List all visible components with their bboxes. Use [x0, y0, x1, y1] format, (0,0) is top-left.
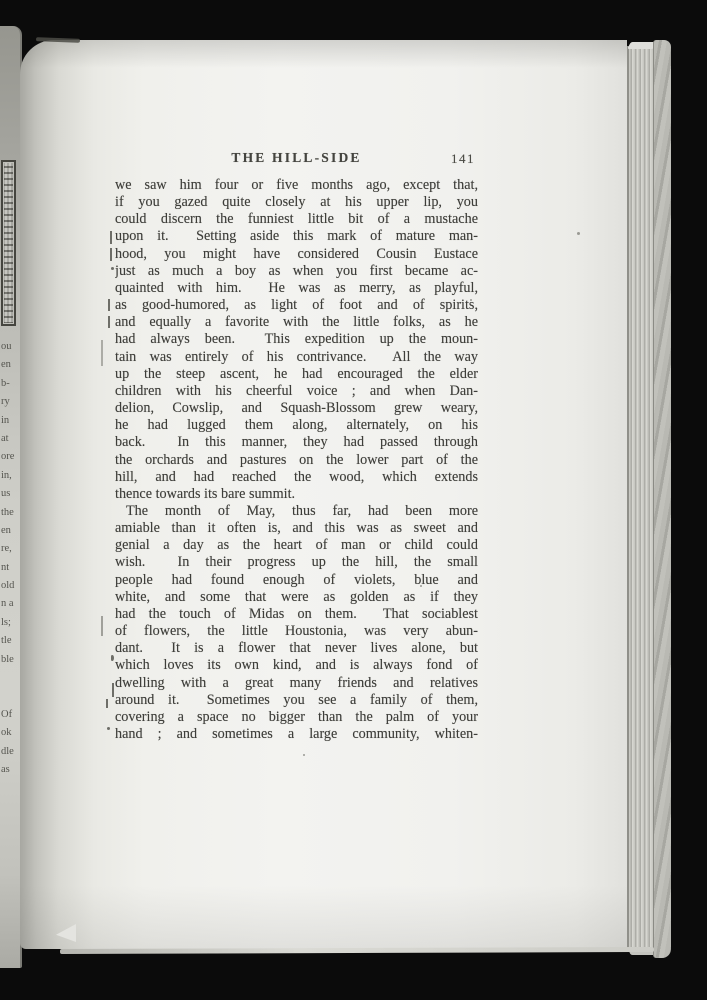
text-line: amiable than it often is, and this was a… [115, 520, 478, 537]
page-number: 141 [451, 151, 475, 167]
text-line: covering a space no bigger than the palm… [115, 709, 478, 726]
text-line: and equally a favorite with the little f… [115, 314, 478, 331]
facing-page-edge: ouenb-ryinatorein,ustheenre,ntoldn als;t… [0, 26, 22, 968]
facing-line-fragment: old [0, 577, 19, 595]
scan-artifact [101, 616, 103, 636]
scan-artifact [107, 727, 110, 730]
scan-artifact [111, 267, 114, 270]
text-line: could discern the funniest little bit of… [115, 211, 478, 228]
facing-line-fragment [0, 669, 19, 687]
text-line: white, and some that were as golden as i… [115, 589, 478, 606]
text-line: had the touch of Midas on them. That soc… [115, 606, 478, 623]
facing-line-fragment: ore [0, 448, 19, 466]
text-line: which loves its own kind, and is always … [115, 657, 478, 674]
scan-speck [470, 299, 472, 301]
scan-artifact [108, 299, 110, 311]
facing-line-fragment: the [0, 504, 19, 522]
facing-line-fragment: dle [0, 743, 19, 761]
page-header: THE HILL-SIDE 141 [115, 150, 478, 177]
facing-page-ornament-border [1, 160, 16, 326]
facing-line-fragment: tle [0, 632, 19, 650]
text-line: just as much a boy as when you first bec… [115, 263, 478, 280]
fore-edge-page-stack [627, 46, 655, 950]
text-line: hood, you might have considered Cousin E… [115, 246, 478, 263]
facing-line-fragment: ok [0, 724, 19, 742]
facing-line-fragment: ou [0, 338, 19, 356]
text-line: wish. In their progress up the hill, the… [115, 554, 478, 571]
scan-speck [303, 754, 305, 756]
text-line: as good-humored, as light of foot and of… [115, 297, 478, 314]
text-line: delion, Cowslip, and Squash-Blossom grew… [115, 400, 478, 417]
text-line: people had found enough of violets, blue… [115, 572, 478, 589]
paragraph-1: we saw him four or five months ago, exce… [115, 177, 478, 503]
text-line: children with his cheerful voice ; and w… [115, 383, 478, 400]
text-line: hill, and had reached the wood, which ex… [115, 469, 478, 486]
text-line: we saw him four or five months ago, exce… [115, 177, 478, 194]
facing-page-text-fragments: ouenb-ryinatorein,ustheenre,ntoldn als;t… [0, 338, 19, 779]
text-line: if you gazed quite closely at his upper … [115, 194, 478, 211]
facing-line-fragment: in [0, 412, 19, 430]
paragraph-2: The month of May, thus far, had been mor… [115, 503, 478, 743]
facing-line-fragment: en [0, 522, 19, 540]
scan-artifact [106, 699, 108, 708]
facing-line-fragment: as [0, 761, 19, 779]
facing-line-fragment: b- [0, 375, 19, 393]
text-line: had always been. This expedition up the … [115, 331, 478, 348]
facing-line-fragment: us [0, 485, 19, 503]
facing-line-fragment: en [0, 356, 19, 374]
scan-artifact [101, 340, 103, 366]
page-content: THE HILL-SIDE 141 we saw him four or fiv… [115, 150, 478, 743]
facing-line-fragment: ls; [0, 614, 19, 632]
scan-artifact [112, 683, 114, 697]
text-line: the orchards and pastures on the lower p… [115, 452, 478, 469]
text-line: quainted with him. He was as merry, as p… [115, 280, 478, 297]
facing-line-fragment: n a [0, 595, 19, 613]
scan-artifact [110, 231, 112, 244]
text-line: tain was entirely of his contrivance. Al… [115, 349, 478, 366]
facing-line-fragment: ry [0, 393, 19, 411]
text-line: of flowers, the little Houstonia, was ve… [115, 623, 478, 640]
text-line: dwelling with a great many friends and r… [115, 675, 478, 692]
scan-artifact [108, 316, 110, 328]
book-scan-photo: ouenb-ryinatorein,ustheenre,ntoldn als;t… [0, 0, 707, 1000]
facing-line-fragment: in, [0, 467, 19, 485]
text-line: hand ; and sometimes a large community, … [115, 726, 478, 743]
facing-line-fragment: Of [0, 706, 19, 724]
text-line: dant. It is a flower that never lives al… [115, 640, 478, 657]
text-line: genial a day as the heart of man or chil… [115, 537, 478, 554]
text-line: around it. Sometimes you see a family of… [115, 692, 478, 709]
text-line: up the steep ascent, he had encouraged t… [115, 366, 478, 383]
text-line: he had lugged them along, alternately, o… [115, 417, 478, 434]
facing-line-fragment: re, [0, 540, 19, 558]
scan-artifact [110, 248, 112, 261]
bottom-page-edge [60, 947, 654, 954]
text-line: back. In this manner, they had passed th… [115, 434, 478, 451]
scan-speck [420, 585, 422, 587]
facing-line-fragment [0, 687, 19, 705]
scan-speck [577, 232, 580, 235]
text-line: The month of May, thus far, had been mor… [115, 503, 478, 520]
scan-artifact [111, 655, 114, 661]
text-line: thence towards its bare summit. [115, 486, 478, 503]
facing-line-fragment: at [0, 430, 19, 448]
book-cover-edge [653, 40, 671, 958]
facing-line-fragment: ble [0, 651, 19, 669]
running-title: THE HILL-SIDE [115, 150, 478, 166]
facing-line-fragment: nt [0, 559, 19, 577]
text-line: upon it. Setting aside this mark of matu… [115, 228, 478, 245]
